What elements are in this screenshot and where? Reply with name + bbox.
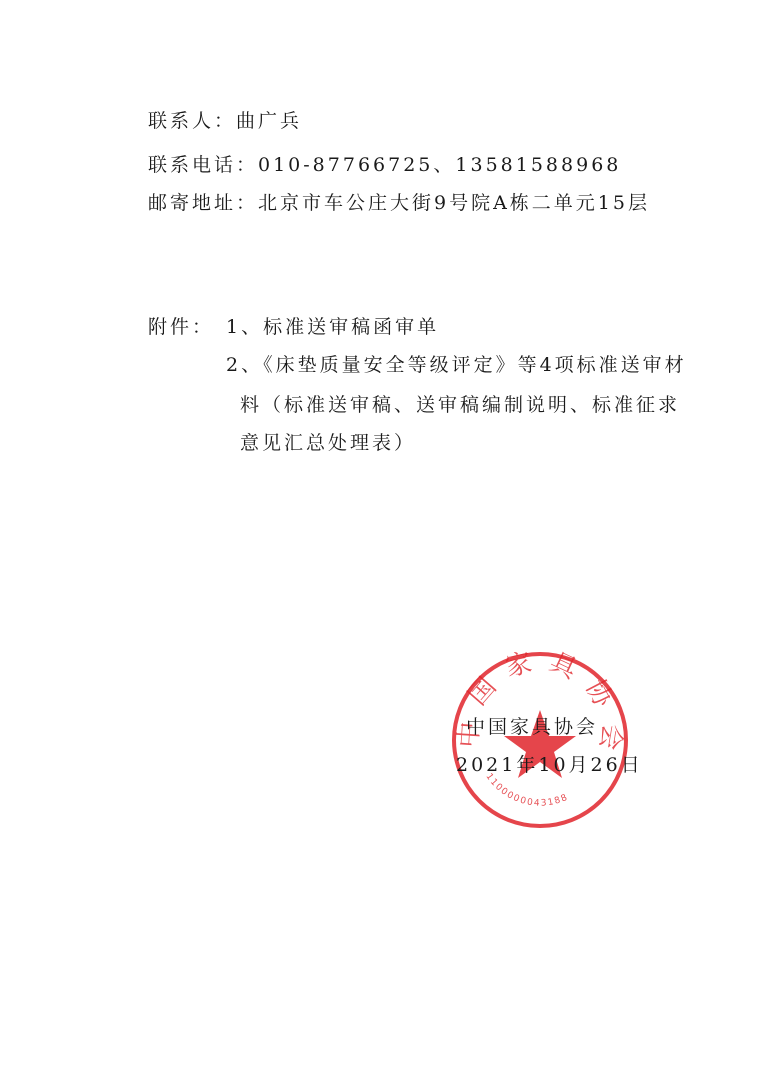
svg-text:1100000043188: 1100000043188 — [483, 772, 570, 809]
attachment-item-2-line-1: 2、《床垫质量安全等级评定》等4项标准送审材 — [226, 350, 687, 377]
mailing-address: 邮寄地址：北京市车公庄大街9号院A栋二单元15层 — [148, 188, 650, 215]
contact-phone: 联系电话：010-87766725、13581588968 — [148, 150, 621, 177]
attachment-item-1: 1、标准送审稿函审单 — [226, 312, 439, 339]
contact-person: 联系人：曲广兵 — [148, 106, 302, 133]
signature-date: 2021年10月26日 — [456, 750, 643, 777]
signature-organization: 中国家具协会 — [466, 712, 598, 739]
official-seal: 中国家具协会 1100000043188 — [448, 648, 632, 832]
attachments-label: 附件： — [148, 312, 214, 339]
attachment-item-2-line-2: 料（标准送审稿、送审稿编制说明、标准征求 — [240, 390, 680, 417]
attachment-item-2-line-3: 意见汇总处理表） — [240, 428, 416, 455]
seal-code: 1100000043188 — [483, 772, 570, 809]
